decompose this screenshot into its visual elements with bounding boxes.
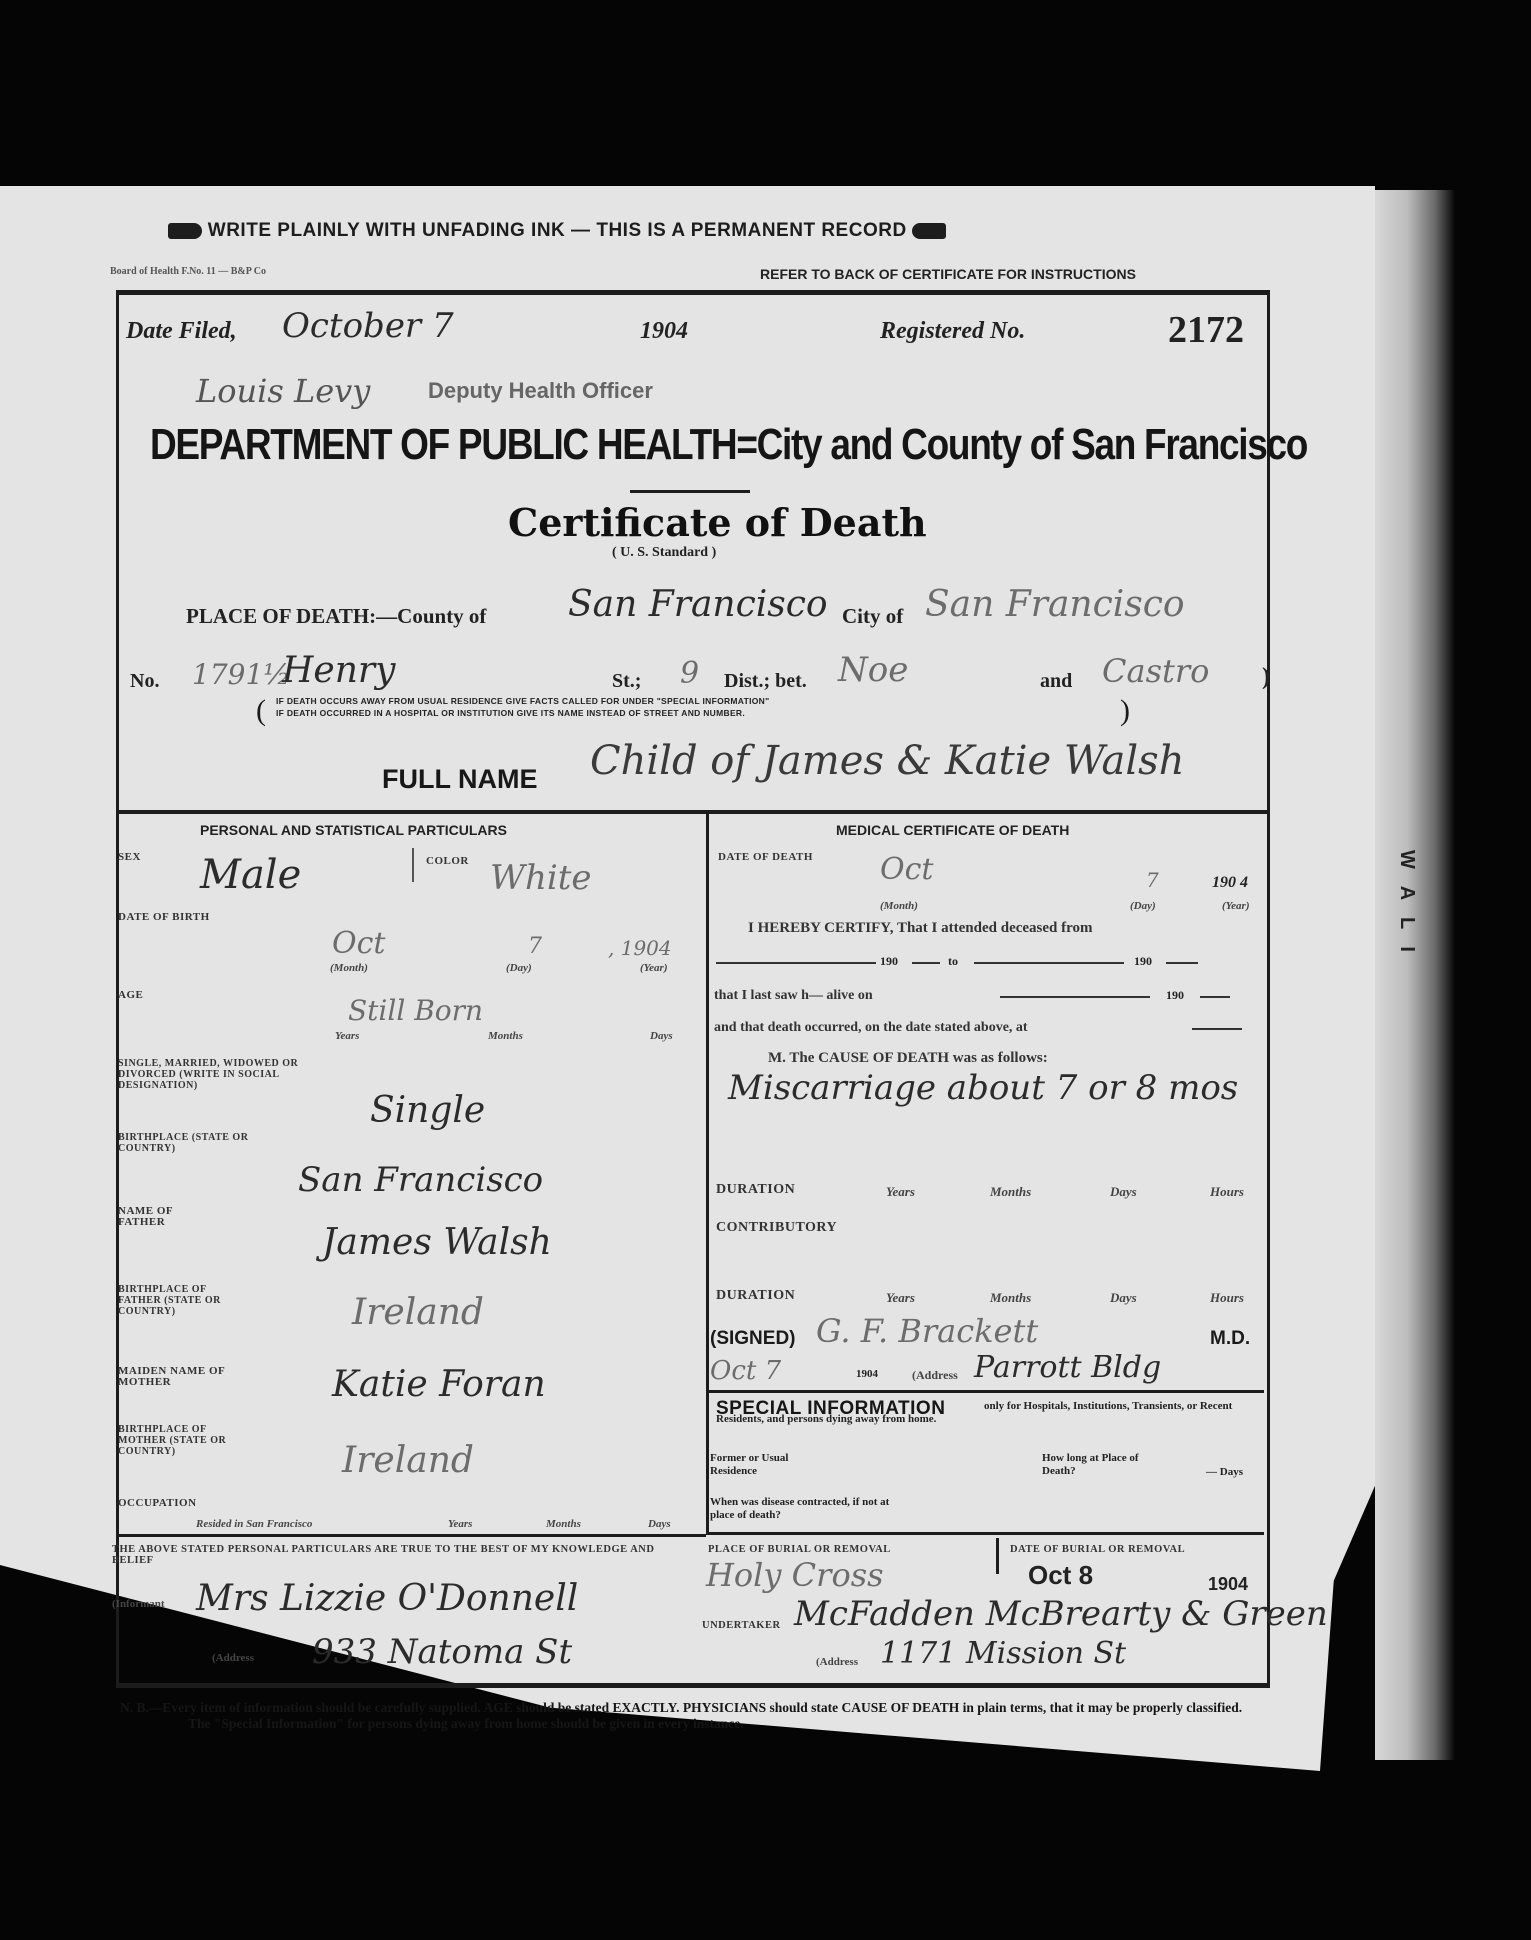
from-dash — [912, 962, 940, 964]
sex-label: SEX — [118, 852, 141, 863]
informant-value: Mrs Lizzie O'Donnell — [196, 1578, 578, 1619]
street-number: 1791½ — [192, 658, 290, 691]
note-line-2: IF DEATH OCCURRED IN A HOSPITAL OR INSTI… — [276, 708, 745, 718]
department-title: DEPARTMENT OF PUBLIC HEALTH=City and Cou… — [150, 420, 1307, 470]
pointing-hand-icon — [168, 223, 202, 239]
age-months-sub: Months — [488, 1030, 523, 1042]
physician-address: Parrott Bldg — [974, 1350, 1161, 1385]
duration-2-label: DURATION — [716, 1290, 795, 1301]
color-divider — [412, 848, 414, 882]
dod-year-sub: (Year) — [1222, 900, 1250, 912]
note-open-paren: ( — [256, 694, 266, 728]
and-label: and — [1040, 670, 1072, 693]
informant-divider — [116, 1534, 706, 1537]
mother-birthplace-value: Ireland — [342, 1440, 474, 1481]
attestation-text: THE ABOVE STATED PERSONAL PARTICULARS AR… — [112, 1544, 698, 1566]
date-filed-label: Date Filed, — [126, 318, 237, 345]
age-years-sub: Years — [335, 1030, 359, 1042]
cause-text: M. The CAUSE OF DEATH was as follows: — [768, 1050, 1048, 1067]
how-long-label: How long at Place of Death? — [1042, 1452, 1152, 1478]
full-name-label: FULL NAME — [382, 764, 538, 795]
undertaker-address-label: (Address — [816, 1656, 858, 1668]
mother-birthplace-label: BIRTHPLACE OF MOTHER (State or Country) — [118, 1424, 248, 1457]
section-divider — [116, 810, 1270, 814]
full-name-value: Child of James & Katie Walsh — [590, 738, 1184, 784]
informant-address-label: (Address — [212, 1652, 254, 1664]
mother-label: MAIDEN NAME OF MOTHER — [118, 1366, 258, 1388]
marital-value: Single — [370, 1090, 485, 1131]
pointing-hand-icon — [912, 223, 946, 239]
how-long-days: — Days — [1206, 1466, 1243, 1478]
personal-heading: PERSONAL AND STATISTICAL PARTICULARS — [200, 822, 507, 838]
signed-date: Oct 7 — [710, 1356, 781, 1386]
duration-2-days: Days — [1110, 1290, 1137, 1306]
from-year: 190 — [880, 954, 898, 969]
undertaker-value: McFadden McBrearty & Green — [794, 1594, 1328, 1634]
county-value: San Francisco — [568, 584, 828, 625]
mother-value: Katie Foran — [332, 1364, 546, 1405]
street-label: St.; — [612, 670, 641, 693]
cause-value: Miscarriage about 7 or 8 mos — [728, 1068, 1238, 1108]
former-residence-label: Former or Usual Residence — [710, 1452, 800, 1478]
father-birthplace-label: BIRTHPLACE OF FATHER (State or Country) — [118, 1284, 248, 1317]
burial-place-label: PLACE OF BURIAL OR REMOVAL — [708, 1544, 891, 1555]
between-street-2: Castro — [1102, 652, 1209, 690]
printer-mark: Board of Health F.No. 11 — B&P Co — [110, 266, 266, 277]
city-label: City of — [842, 604, 903, 629]
occupation-label: OCCUPATION — [118, 1498, 197, 1509]
signed-label: (SIGNED) — [710, 1328, 796, 1350]
dod-month-sub: (Month) — [880, 900, 918, 912]
city-value: San Francisco — [925, 584, 1185, 625]
sex-value: Male — [200, 852, 301, 898]
dob-day-sub: (Day) — [506, 962, 532, 974]
special-heading-note: only for Hospitals, Institutions, Transi… — [716, 1400, 1264, 1426]
duration-label: DURATION — [716, 1184, 795, 1195]
birthplace-value: San Francisco — [298, 1160, 543, 1200]
place-of-death-label: PLACE OF DEATH:—County of — [186, 604, 486, 629]
medical-heading: MEDICAL CERTIFICATE OF DEATH — [836, 822, 1069, 838]
resided-label: Resided in San Francisco — [196, 1518, 312, 1530]
to-year: 190 — [1134, 954, 1152, 969]
resided-days: Days — [648, 1518, 671, 1530]
edge-marks: W A L I — [1395, 850, 1418, 958]
informant-address-value: 933 Natoma St — [312, 1632, 572, 1672]
last-saw-blank — [1000, 996, 1150, 998]
dob-month-sub: (Month) — [330, 962, 368, 974]
duration-2-months: Months — [990, 1290, 1031, 1306]
officer-title: Deputy Health Officer — [428, 378, 653, 404]
duration-2-hours: Hours — [1210, 1290, 1244, 1306]
close-paren: ) — [1262, 664, 1270, 691]
physician-address-label: (Address — [912, 1368, 958, 1383]
certificate-title: Certificate of Death — [508, 500, 927, 545]
burial-date-label: DATE of BURIAL or REMOVAL — [1010, 1544, 1185, 1555]
banner-text: WRITE PLAINLY WITH UNFADING INK — THIS I… — [208, 220, 907, 241]
dod-year: 190 4 — [1212, 874, 1248, 892]
contributory-label: CONTRIBUTORY — [716, 1222, 837, 1233]
dob-year-sub: (Year) — [640, 962, 668, 974]
father-value: James Walsh — [322, 1222, 552, 1263]
death-occurred-blank — [1192, 1028, 1242, 1030]
burial-divider — [706, 1532, 1264, 1535]
undertaker-address-value: 1171 Mission St — [880, 1636, 1126, 1671]
to-label: to — [948, 954, 958, 969]
death-occurred-text: and that death occurred, on the date sta… — [714, 1020, 1028, 1036]
number-label: No. — [130, 670, 159, 693]
age-value: Still Born — [348, 994, 483, 1027]
dod-month: Oct — [880, 852, 933, 887]
md-label: M.D. — [1210, 1328, 1250, 1350]
color-label: COLOR — [426, 856, 469, 867]
last-saw-year: 190 — [1166, 988, 1184, 1003]
duration-hours: Hours — [1210, 1184, 1244, 1200]
standard-subtitle: ( U. S. Standard ) — [612, 545, 716, 561]
footnote: N. B.—Every item of information should b… — [120, 1700, 1248, 1732]
banner: WRITE PLAINLY WITH UNFADING INK — THIS I… — [168, 220, 946, 242]
district-label: Dist.; bet. — [724, 670, 807, 693]
contracted-label: When was disease contracted, if not at p… — [710, 1496, 910, 1522]
registered-label: Registered No. — [880, 318, 1025, 345]
dod-label: DATE OF DEATH — [718, 852, 813, 863]
special-divider — [706, 1390, 1264, 1393]
registered-number: 2172 — [1168, 308, 1244, 352]
to-blank — [974, 962, 1124, 964]
certify-text: I HEREBY CERTIFY, That I attended deceas… — [748, 920, 1093, 937]
burial-place-value: Holy Cross — [706, 1556, 884, 1594]
note-close-paren: ) — [1120, 694, 1130, 728]
resided-months: Months — [546, 1518, 581, 1530]
burial-year: 1904 — [1208, 1574, 1248, 1595]
birthplace-label: BIRTHPLACE (State or Country) — [118, 1132, 258, 1154]
father-birthplace-value: Ireland — [352, 1292, 484, 1333]
book-page-edge — [1375, 190, 1455, 1760]
street-name: Henry — [282, 650, 395, 691]
informant-label: (Informant — [112, 1598, 165, 1610]
between-street-1: Noe — [838, 650, 908, 690]
age-label: AGE — [118, 990, 143, 1001]
date-filed-value: October 7 — [282, 306, 454, 346]
color-value: White — [490, 858, 592, 898]
signed-year: 1904 — [856, 1368, 878, 1380]
burial-divider-vertical — [996, 1538, 999, 1574]
officer-signature: Louis Levy — [196, 372, 370, 410]
age-days-sub: Days — [650, 1030, 673, 1042]
instructions-ref: REFER TO BACK OF CERTIFICATE FOR INSTRUC… — [760, 266, 1136, 282]
resided-years: Years — [448, 1518, 472, 1530]
duration-2-years: Years — [886, 1290, 915, 1306]
duration-years: Years — [886, 1184, 915, 1200]
from-blank — [716, 962, 876, 964]
to-dash — [1166, 962, 1198, 964]
dob-year: , 1904 — [608, 936, 672, 960]
duration-days: Days — [1110, 1184, 1137, 1200]
duration-months: Months — [990, 1184, 1031, 1200]
filed-year: 1904 — [640, 318, 688, 345]
district-value: 9 — [680, 656, 699, 691]
dod-day-sub: (Day) — [1130, 900, 1156, 912]
undertaker-label: UNDERTAKER — [702, 1620, 781, 1631]
title-rule — [630, 490, 750, 493]
physician-signature: G. F. Brackett — [816, 1312, 1038, 1350]
column-divider — [706, 814, 709, 1532]
dod-day: 7 — [1146, 868, 1159, 892]
dob-day: 7 — [528, 934, 542, 959]
father-label: NAME OF FATHER — [118, 1206, 198, 1228]
burial-date-value: Oct 8 — [1028, 1560, 1093, 1591]
marital-label: SINGLE, MARRIED, WIDOWED OR DIVORCED (Wr… — [118, 1058, 338, 1091]
dob-month: Oct — [332, 926, 385, 961]
note-line-1: IF DEATH OCCURS AWAY FROM USUAL RESIDENC… — [276, 696, 769, 706]
last-saw-dash — [1200, 996, 1230, 998]
last-saw-text: that I last saw h— alive on — [714, 988, 873, 1004]
dob-label: DATE OF BIRTH — [118, 912, 210, 923]
